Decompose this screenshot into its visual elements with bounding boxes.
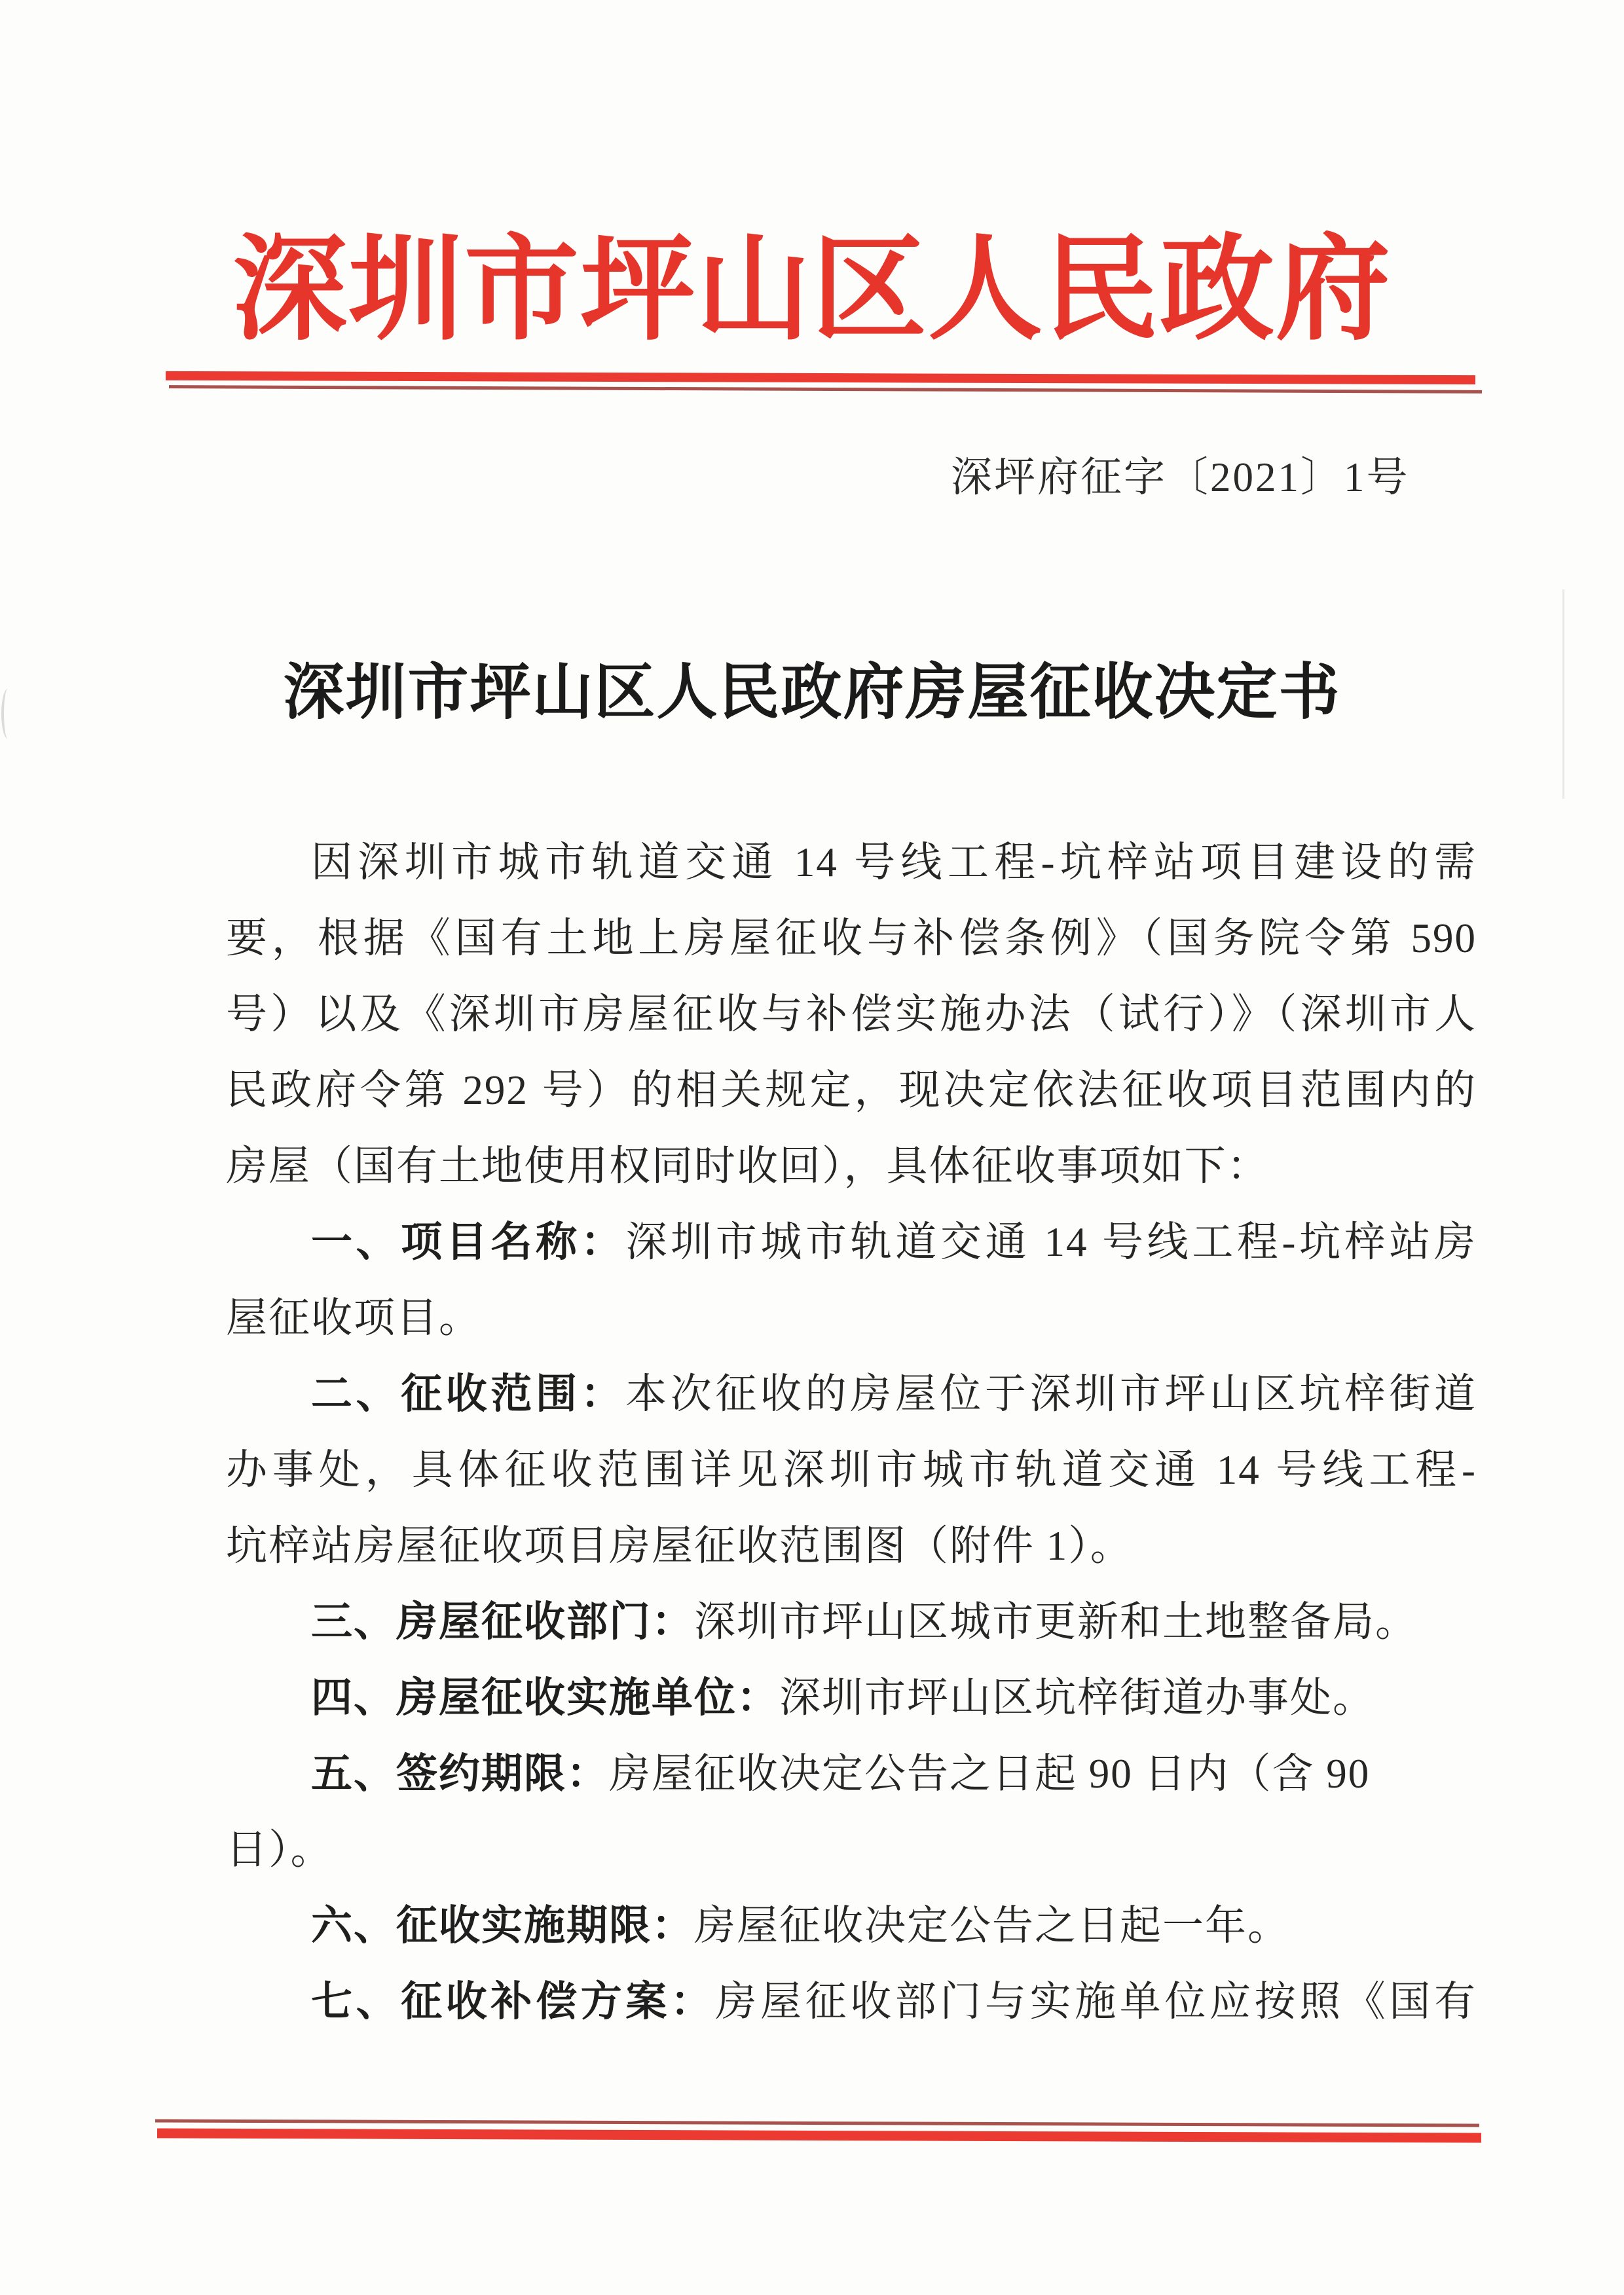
body-text: 本次征收的房屋位于深圳市坪山区坑梓街道 [625, 1371, 1477, 1417]
body-text: 号）以及《深圳市房屋征收与补偿实施办法（试行）》（深圳市人 [226, 991, 1477, 1037]
body-line: 二、征收范围：本次征收的房屋位于深圳市坪山区坑梓街道 [226, 1356, 1477, 1432]
scan-shadow-right-edge [1562, 589, 1564, 799]
body-line: 六、征收实施期限：房屋征收决定公告之日起一年。 [226, 1888, 1477, 1964]
body-text: 因深圳市城市轨道交通 14 号线工程-坑梓站项目建设的需 [311, 839, 1477, 885]
red-divider-top-thick [166, 371, 1475, 384]
body-text: 深圳市坪山区城市更新和土地整备局。 [694, 1599, 1418, 1645]
body-line: 办事处，具体征收范围详见深圳市城市轨道交通 14 号线工程- [226, 1432, 1477, 1508]
body-line: 因深圳市城市轨道交通 14 号线工程-坑梓站项目建设的需 [226, 824, 1477, 900]
body-line: 五、签约期限：房屋征收决定公告之日起 90 日内（含 90 日）。 [226, 1736, 1477, 1888]
body-text: 房屋（国有土地使用权同时收回），具体征收事项如下： [226, 1143, 1270, 1189]
body-text: 深圳市坪山区坑梓街道办事处。 [779, 1675, 1375, 1721]
body-text: 房屋征收部门与实施单位应按照《国有 [715, 1979, 1477, 2025]
red-divider-top-thin [169, 385, 1482, 394]
body-line: 房屋（国有土地使用权同时收回），具体征收事项如下： [226, 1128, 1477, 1204]
section-heading: 六、征收实施期限： [311, 1903, 694, 1949]
section-heading: 三、房屋征收部门： [311, 1599, 694, 1645]
body-text: 办事处，具体征收范围详见深圳市城市轨道交通 14 号线工程- [226, 1447, 1477, 1493]
section-heading: 七、征收补偿方案： [311, 1979, 715, 2025]
section-heading: 二、征收范围： [311, 1371, 625, 1417]
body-line: 四、房屋征收实施单位：深圳市坪山区坑梓街道办事处。 [226, 1660, 1477, 1736]
section-heading: 五、签约期限： [311, 1751, 609, 1797]
body-text: 民政府令第 292 号）的相关规定，现决定依法征收项目范围内的 [226, 1067, 1477, 1113]
scan-artifact-left-edge [1, 689, 14, 739]
agency-header-title: 深圳市坪山区人民政府 [0, 230, 1624, 351]
body-text: 房屋征收决定公告之日起一年。 [694, 1903, 1290, 1949]
document-title: 深圳市坪山区人民政府房屋征收决定书 [0, 660, 1624, 727]
red-divider-bottom-thin [155, 2119, 1479, 2127]
body-line: 屋征收项目。 [226, 1280, 1477, 1356]
body-line: 七、征收补偿方案：房屋征收部门与实施单位应按照《国有 [226, 1964, 1477, 2040]
red-divider-bottom-thick [157, 2128, 1481, 2142]
body-line: 民政府令第 292 号）的相关规定，现决定依法征收项目范围内的 [226, 1052, 1477, 1128]
body-text: 深圳市城市轨道交通 14 号线工程-坑梓站房 [625, 1219, 1477, 1265]
body-text: 屋征收项目。 [226, 1295, 481, 1341]
body-text: 要，根据《国有土地上房屋征收与补偿条例》（国务院令第 590 [226, 915, 1477, 961]
document-number: 深坪府征字〔2021〕1号 [951, 455, 1410, 500]
document-page: 深圳市坪山区人民政府 深坪府征字〔2021〕1号 深圳市坪山区人民政府房屋征收决… [0, 0, 1624, 2295]
body-line: 一、项目名称：深圳市城市轨道交通 14 号线工程-坑梓站房 [226, 1204, 1477, 1280]
body-line: 号）以及《深圳市房屋征收与补偿实施办法（试行）》（深圳市人 [226, 976, 1477, 1052]
body-line: 要，根据《国有土地上房屋征收与补偿条例》（国务院令第 590 [226, 900, 1477, 976]
body-text: 坑梓站房屋征收项目房屋征收范围图（附件 1）。 [226, 1523, 1133, 1569]
document-body: 因深圳市城市轨道交通 14 号线工程-坑梓站项目建设的需 要，根据《国有土地上房… [226, 824, 1477, 2040]
body-line: 三、房屋征收部门：深圳市坪山区城市更新和土地整备局。 [226, 1584, 1477, 1660]
section-heading: 四、房屋征收实施单位： [311, 1675, 779, 1721]
section-heading: 一、项目名称： [311, 1219, 625, 1265]
body-line: 坑梓站房屋征收项目房屋征收范围图（附件 1）。 [226, 1508, 1477, 1584]
